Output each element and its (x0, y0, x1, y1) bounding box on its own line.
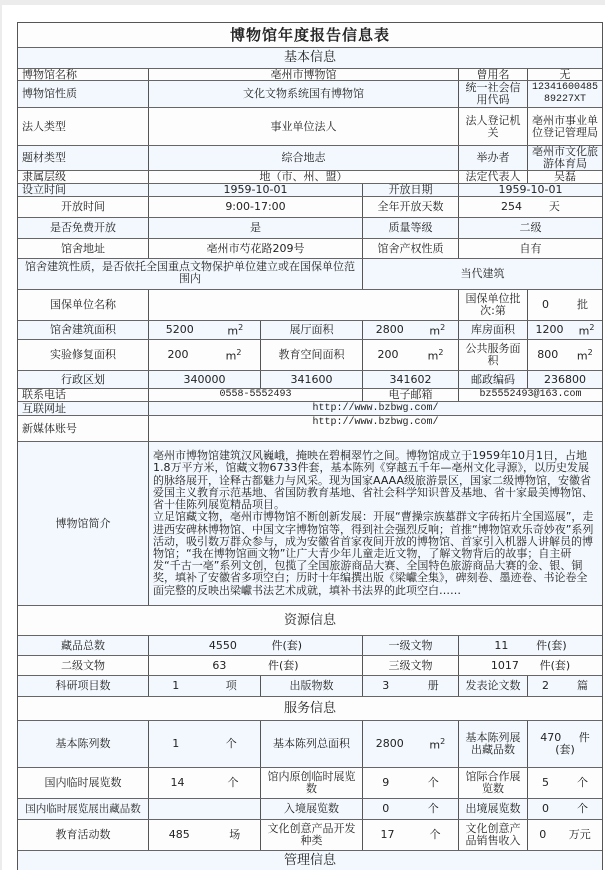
value: 1959-10-01 (149, 184, 363, 196)
email-link[interactable]: bz5552493@163.com (459, 389, 602, 401)
batch-unit: 批 (577, 299, 588, 311)
area-unit: m2 (429, 322, 445, 338)
area-unit: m2 (428, 347, 444, 363)
label: 展厅面积 (261, 321, 363, 339)
row-intro: 博物馆简介 亳州市博物馆建筑汉风巍峨，掩映在碧桐翠竹之间。博物馆成立于1959年… (18, 442, 602, 606)
unit: 场 (229, 829, 240, 841)
count: 1017 (491, 660, 519, 672)
value: 5个 (528, 768, 602, 798)
row-temp-exhibition: 国内临时展览数 14个 馆内原创临时展览数 9个 馆际合作展览数 5个 (18, 768, 602, 799)
media-link[interactable]: http://www.bzbwg.com/ (149, 416, 602, 441)
unit: 件(套) (268, 660, 299, 672)
unit: 个 (577, 803, 588, 815)
row-area-1: 馆舍建筑面积 5200m2 展厅面积 2800m2 库房面积 1200m2 (18, 321, 602, 340)
unit: 篇 (577, 680, 588, 692)
row-hours: 开放时间 9:00-17:00 全年开放天数 254天 (18, 197, 602, 218)
value: 63件(套) (149, 656, 363, 675)
section-basic: 基本信息 (18, 48, 602, 69)
label: 教育活动数 (18, 820, 149, 850)
label: 是否免费开放 (18, 218, 149, 238)
area-value: 5200 (166, 324, 194, 336)
value: 亳州市博物馆 (149, 69, 459, 80)
page-title: 博物馆年度报告信息表 (18, 23, 602, 47)
section-title-management: 管理信息 (18, 851, 602, 870)
label: 一级文物 (363, 636, 459, 655)
row-division: 行政区划 340000 341600 341602 邮政编码 236800 (18, 371, 602, 389)
label: 联系电话 (18, 389, 149, 401)
area-unit: m2 (577, 347, 593, 363)
value: 800m2 (528, 340, 602, 370)
unit: 件(套) (540, 660, 571, 672)
value: 1017件(套) (459, 656, 602, 675)
intro-paragraph-2: 立足馆藏文物，亳州市博物馆不断创新发展：开展“曹操宗族墓群文字砖拓片全国巡展”，… (153, 511, 598, 596)
label: 法定代表人 (459, 171, 528, 183)
area-value: 800 (537, 349, 558, 361)
row-basic-exhibition: 基本陈列数 1个 基本陈列总面积 2800m2 基本陈列展出藏品数 470 件(… (18, 721, 602, 768)
label: 文化创意产品销售收入 (459, 820, 528, 850)
unit: 个 (577, 777, 588, 789)
area-unit: m2 (429, 736, 445, 752)
label: 三级文物 (363, 656, 459, 675)
value: 485场 (149, 820, 261, 850)
row-phone: 联系电话 0558-5552493 电子邮箱 bz5552493@163.com (18, 389, 602, 402)
row-research: 科研项目数 1项 出版物数 3册 发表论文数 2篇 (18, 676, 602, 697)
row-address: 馆舍地址 亳州市芍花路209号 馆舍产权性质 自有 (18, 239, 602, 259)
label: 全年开放天数 (363, 197, 459, 217)
count: 17 (381, 829, 395, 841)
label: 馆内原创临时展览数 (261, 768, 363, 798)
label: 题材类型 (18, 146, 149, 170)
row-subject: 题材类型 综合地志 举办者 亳州市文化旅游体育局 (18, 146, 602, 171)
value: 4550件(套) (149, 636, 363, 655)
value: 341600 (261, 371, 363, 388)
label: 国内临时展览展出藏品数 (18, 799, 149, 819)
label: 国保单位名称 (18, 290, 149, 320)
count: 14 (171, 777, 185, 789)
value: 9:00-17:00 (149, 197, 363, 217)
label: 互联网址 (18, 402, 149, 415)
value: 是 (149, 218, 363, 238)
value (149, 290, 459, 320)
value: 无 (528, 69, 602, 80)
row-grade2: 二级文物 63件(套) 三级文物 1017件(套) (18, 656, 602, 676)
value: 2800m2 (363, 721, 459, 767)
label: 藏品总数 (18, 636, 149, 655)
count: 63 (212, 660, 226, 672)
label: 馆舍产权性质 (363, 239, 459, 258)
value: 亳州市芍花路209号 (149, 239, 363, 258)
label: 电子邮箱 (363, 389, 459, 401)
label: 开放时间 (18, 197, 149, 217)
unit: 项 (226, 680, 237, 692)
label: 博物馆性质 (18, 81, 149, 107)
area-value: 200 (168, 349, 189, 361)
value: 17个 (363, 820, 459, 850)
area-value: 200 (378, 349, 399, 361)
value: 14个 (149, 768, 261, 798)
value: 236800 (528, 371, 602, 388)
label: 库房面积 (459, 321, 528, 339)
label: 科研项目数 (18, 676, 149, 696)
unit: 个 (430, 829, 441, 841)
value: 1个 (149, 721, 261, 767)
value: 3册 (363, 676, 459, 696)
area-value: 2800 (376, 324, 404, 336)
value: 5200m2 (149, 321, 261, 339)
value: 1200m2 (528, 321, 602, 339)
area-value: 2800 (376, 738, 404, 750)
area-unit: m2 (579, 322, 595, 338)
label: 基本陈列总面积 (261, 721, 363, 767)
label: 开放日期 (363, 184, 459, 196)
value: 0个 (363, 799, 459, 819)
value: 自有 (459, 239, 602, 258)
open-days-value: 254 (501, 201, 522, 213)
value: 1959-10-01 (459, 184, 602, 196)
value: 0批 (528, 290, 602, 320)
value: 二级 (459, 218, 602, 238)
label: 新媒体账号 (18, 416, 149, 441)
label: 质量等级 (363, 218, 459, 238)
label: 出版物数 (261, 676, 363, 696)
count: 4550 (209, 640, 237, 652)
page-top-band (0, 0, 605, 5)
label: 行政区划 (18, 371, 149, 388)
label: 馆际合作展览数 (459, 768, 528, 798)
section-resources: 资源信息 (18, 606, 602, 636)
label: 博物馆简介 (18, 442, 149, 605)
label: 文化创意产品开发种类 (261, 820, 363, 850)
title-row: 博物馆年度报告信息表 (18, 23, 602, 48)
value: 254天 (459, 197, 602, 217)
batch-value: 0 (542, 299, 549, 311)
value: 0558-5552493 (149, 389, 363, 401)
count: 0 (542, 803, 549, 815)
section-title-resources: 资源信息 (18, 606, 602, 635)
page-left-band (0, 5, 2, 870)
value: 亳州市事业单位登记管理局 (528, 108, 602, 145)
count: 3 (382, 680, 389, 692)
section-title-basic: 基本信息 (18, 48, 602, 68)
unit: 万元 (569, 829, 591, 841)
row-free: 是否免费开放 是 质量等级 二级 (18, 218, 602, 239)
intro-paragraph-1: 亳州市博物馆建筑汉风巍峨，掩映在碧桐翠竹之间。博物馆成立于1959年10月1日，… (153, 450, 598, 511)
label: 设立时间 (18, 184, 149, 196)
label: 教育空间面积 (261, 340, 363, 370)
value: 341602 (363, 371, 459, 388)
count: 1 (172, 738, 179, 750)
section-management: 管理信息 (18, 851, 602, 870)
value: 200m2 (149, 340, 261, 370)
intro-text: 亳州市博物馆建筑汉风巍峨，掩映在碧桐翠竹之间。博物馆成立于1959年10月1日，… (149, 442, 602, 605)
open-days-unit: 天 (549, 201, 560, 213)
value: 综合地志 (149, 146, 459, 170)
label: 馆舍地址 (18, 239, 149, 258)
label: 馆舍建筑面积 (18, 321, 149, 339)
row-building-nature: 馆舍建筑性质，是否依托全国重点文物保护单位建立或在国保单位范围内 当代建筑 (18, 259, 602, 290)
value: 事业单位法人 (149, 108, 459, 145)
row-name: 博物馆名称 亳州市博物馆 曾用名 无 (18, 69, 602, 81)
count: 9 (382, 777, 389, 789)
label: 国保单位批次:第 (459, 290, 528, 320)
count: 0 (539, 829, 546, 841)
value: 470 件(套) (528, 721, 602, 767)
unit: 件(套) (555, 731, 590, 756)
label: 基本陈列数 (18, 721, 149, 767)
unit: 件(套) (271, 640, 302, 652)
value: 1项 (149, 676, 261, 696)
label: 统一社会信用代码 (459, 81, 528, 107)
value: 2800m2 (363, 321, 459, 339)
area-unit: m2 (227, 322, 243, 338)
row-collection: 藏品总数 4550件(套) 一级文物 11件(套) (18, 636, 602, 656)
label: 实验修复面积 (18, 340, 149, 370)
value: 亳州市文化旅游体育局 (528, 146, 602, 170)
value: 0万元 (528, 820, 602, 850)
label: 基本陈列展出藏品数 (459, 721, 528, 767)
label: 馆舍建筑性质，是否依托全国重点文物保护单位建立或在国保单位范围内 (18, 259, 363, 289)
label: 博物馆名称 (18, 69, 149, 80)
area-value: 1200 (536, 324, 564, 336)
unit: 个 (226, 738, 237, 750)
row-legal-type: 法人类型 事业单位法人 法人登记机关 亳州市事业单位登记管理局 (18, 108, 602, 146)
unit: 个 (228, 777, 239, 789)
label: 国内临时展览数 (18, 768, 149, 798)
value: 0个 (528, 799, 602, 819)
row-level: 隶属层级 地（市、州、盟） 法定代表人 吴磊 (18, 171, 602, 184)
website-link[interactable]: http://www.bzbwg.com/ (149, 402, 602, 415)
value: 吴磊 (528, 171, 602, 183)
value: 9个 (363, 768, 459, 798)
value: 1234160048589227XT (528, 81, 602, 107)
label: 法人类型 (18, 108, 149, 145)
row-website: 互联网址 http://www.bzbwg.com/ (18, 402, 602, 416)
count: 5 (542, 777, 549, 789)
section-service: 服务信息 (18, 697, 602, 721)
unit: 册 (428, 680, 439, 692)
row-education: 教育活动数 485场 文化创意产品开发种类 17个 文化创意产品销售收入 0万元 (18, 820, 602, 851)
label: 出境展览数 (459, 799, 528, 819)
label: 曾用名 (459, 69, 528, 80)
area-unit: m2 (226, 347, 242, 363)
section-title-service: 服务信息 (18, 697, 602, 720)
label: 隶属层级 (18, 171, 149, 183)
value: 文化文物系统国有博物馆 (149, 81, 459, 107)
value: 2篇 (528, 676, 602, 696)
value: 340000 (149, 371, 261, 388)
label: 入境展览数 (261, 799, 363, 819)
label: 法人登记机关 (459, 108, 528, 145)
row-media: 新媒体账号 http://www.bzbwg.com/ (18, 416, 602, 442)
value: 地（市、州、盟） (149, 171, 459, 183)
count: 0 (382, 803, 389, 815)
value (149, 799, 261, 819)
unit: 个 (428, 777, 439, 789)
label: 举办者 (459, 146, 528, 170)
count: 2 (542, 680, 549, 692)
museum-report-table: 博物馆年度报告信息表 基本信息 博物馆名称 亳州市博物馆 曾用名 无 博物馆性质… (17, 22, 603, 870)
row-founded: 设立时间 1959-10-01 开放日期 1959-10-01 (18, 184, 602, 197)
label: 邮政编码 (459, 371, 528, 388)
count: 11 (494, 640, 508, 652)
value: 当代建筑 (363, 259, 602, 289)
label: 发表论文数 (459, 676, 528, 696)
label: 公共服务面积 (459, 340, 528, 370)
count: 485 (169, 829, 190, 841)
value: 11件(套) (459, 636, 602, 655)
row-temp-items: 国内临时展览展出藏品数 入境展览数 0个 出境展览数 0个 (18, 799, 602, 820)
row-nature: 博物馆性质 文化文物系统国有博物馆 统一社会信用代码 1234160048589… (18, 81, 602, 108)
count: 1 (172, 680, 179, 692)
label: 二级文物 (18, 656, 149, 675)
row-protected: 国保单位名称 国保单位批次:第 0批 (18, 290, 602, 321)
value: 200m2 (363, 340, 459, 370)
unit: 个 (428, 803, 439, 815)
unit: 件(套) (536, 640, 567, 652)
row-area-2: 实验修复面积 200m2 教育空间面积 200m2 公共服务面积 800m2 (18, 340, 602, 371)
